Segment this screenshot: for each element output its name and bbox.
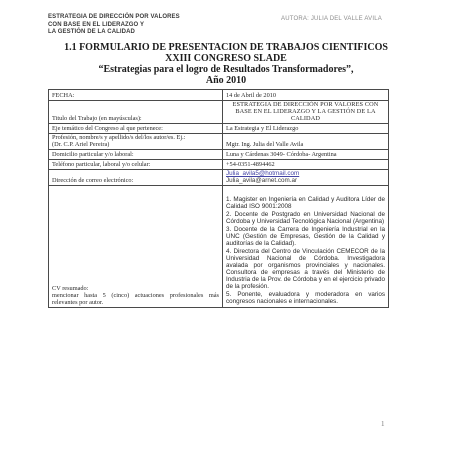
cv-item-5: 5. Ponente, evaluadora y moderadora en v… <box>226 291 385 305</box>
field-label-autores: Profesión, nombre/s y apellido/s del/los… <box>49 134 223 150</box>
cv-item-4: 4. Directora del Centro de Vinculación C… <box>226 248 385 290</box>
field-value-titulo: ESTRATEGIA DE DIRECCIÓN POR VALORES CON … <box>223 101 389 124</box>
field-label-autores-line1: Profesión, nombre/s y apellido/s del/los… <box>52 134 219 141</box>
page-number: 1 <box>381 420 385 428</box>
field-label-domicilio: Domicilio particular y/o laboral: <box>49 150 223 160</box>
table-row-email: Dirección de correo electrónico: Julia_a… <box>49 170 389 186</box>
table-row-fecha: FECHA: 14 de Abril de 2010 <box>49 90 389 101</box>
email-link[interactable]: Julia_avila5@hotmail.com <box>226 170 385 177</box>
field-value-email: Julia_avila5@hotmail.com Julia_avila@arn… <box>223 170 389 186</box>
table-row-titulo: Titulo del Trabajo (en mayúsculas): ESTR… <box>49 101 389 124</box>
table-row-eje-tematico: Eje temático del Congreso al que pertene… <box>49 124 389 134</box>
running-header-line: LA GESTIÓN DE LA CALIDAD <box>48 29 218 37</box>
field-label-telefono: Teléfono particular, laboral y/o celular… <box>49 160 223 170</box>
title-line-4: Año 2010 <box>0 75 452 86</box>
table-row-cv: CV resumado: mencionar hasta 5 (cinco) a… <box>49 186 389 308</box>
title-line-3: “Estrategias para el logro de Resultados… <box>0 64 452 75</box>
title-line-2: XXIII CONGRESO SLADE <box>0 53 452 64</box>
document-title: 1.1 FORMULARIO DE PRESENTACION DE TRABAJ… <box>0 42 452 86</box>
field-label-email: Dirección de correo electrónico: <box>49 170 223 186</box>
field-label-autores-line2: (Dr. C.P. Ariel Pereira) <box>52 141 219 148</box>
email-alt: Julia_avila@arnet.com.ar <box>226 177 385 184</box>
running-header-author: AUTORA: JULIA DEL VALLE AVILA <box>281 16 431 22</box>
cv-item-2: 2. Docente de Postgrado en Universidad N… <box>226 211 385 225</box>
field-label-fecha: FECHA: <box>49 90 223 101</box>
running-header-line: ESTRATEGIA DE DIRECCIÓN POR VALORES <box>48 14 218 22</box>
field-value-cv: 1. Magister en Ingeniería en Calidad y A… <box>223 186 389 308</box>
table-row-domicilio: Domicilio particular y/o laboral: Luna y… <box>49 150 389 160</box>
document-page: ESTRATEGIA DE DIRECCIÓN POR VALORES CON … <box>0 0 452 452</box>
field-label-titulo: Titulo del Trabajo (en mayúsculas): <box>49 101 223 124</box>
field-label-cv-line2: mencionar hasta 5 (cinco) actuaciones pr… <box>52 292 219 306</box>
table-row-telefono: Teléfono particular, laboral y/o celular… <box>49 160 389 170</box>
title-line-1: 1.1 FORMULARIO DE PRESENTACION DE TRABAJ… <box>0 42 452 53</box>
cv-item-3: 3. Docente de la Carrera de Ingeniería I… <box>226 226 385 247</box>
running-header-line: CON BASE EN EL LIDERAZGO Y <box>48 22 218 30</box>
running-header-title: ESTRATEGIA DE DIRECCIÓN POR VALORES CON … <box>48 14 218 37</box>
field-label-cv-line1: CV resumado: <box>52 285 219 292</box>
cv-item-1: 1. Magister en Ingeniería en Calidad y A… <box>226 196 385 210</box>
field-value-domicilio: Luna y Cárdenas 3049- Córdoba- Argentina <box>223 150 389 160</box>
field-label-cv: CV resumado: mencionar hasta 5 (cinco) a… <box>49 186 223 308</box>
field-value-fecha: 14 de Abril de 2010 <box>223 90 389 101</box>
table-row-autores: Profesión, nombre/s y apellido/s del/los… <box>49 134 389 150</box>
field-value-telefono: +54-0351-4894462 <box>223 160 389 170</box>
field-value-autores: Mgtr. Ing. Julia del Valle Avila <box>223 134 389 150</box>
field-value-eje-tematico: La Estrategia y El Liderazgo <box>223 124 389 134</box>
field-label-eje-tematico: Eje temático del Congreso al que pertene… <box>49 124 223 134</box>
submission-form-table: FECHA: 14 de Abril de 2010 Titulo del Tr… <box>48 89 389 308</box>
